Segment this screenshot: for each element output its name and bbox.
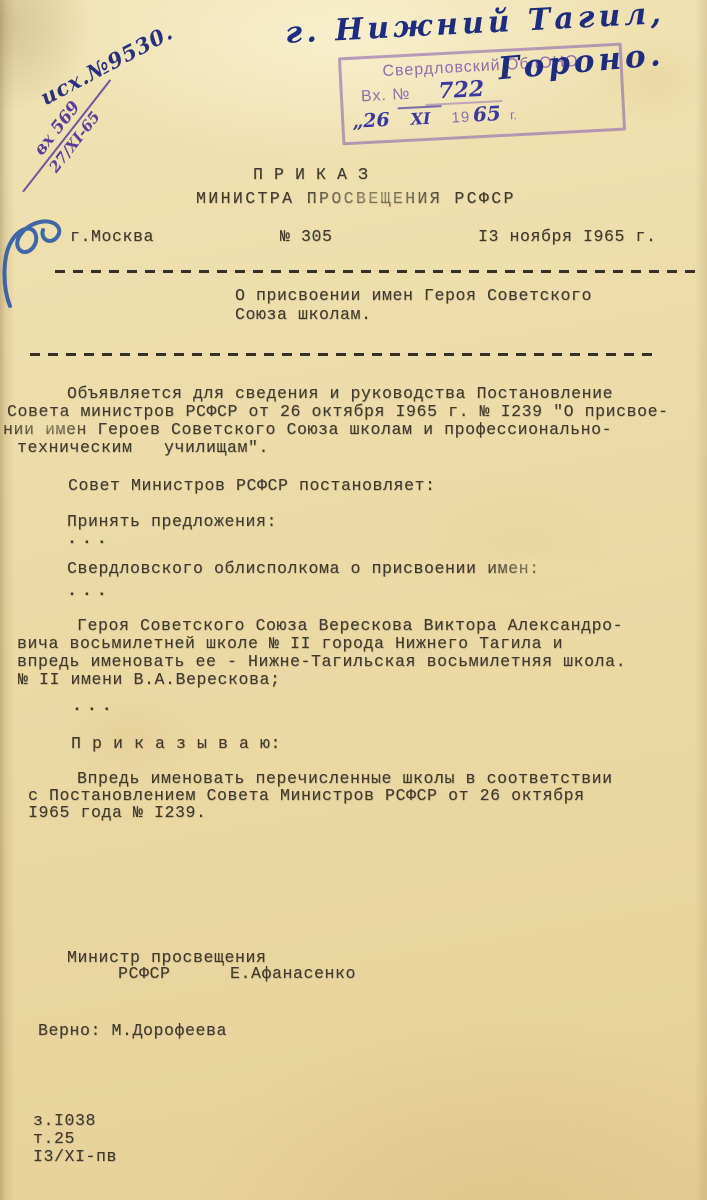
scanned-order-document: г. Нижний Тагил, Гороно. исх.№9530. вх 5… xyxy=(0,0,707,1200)
dashed-divider-top xyxy=(55,270,697,273)
order-date: I3 ноября I965 г. xyxy=(478,228,657,247)
ellipsis-line: ... xyxy=(72,697,117,716)
subject-line: О присвоении имен Героя Советского xyxy=(235,287,592,306)
order-subtitle: МИНИСТРА ПРОСВЕЩЕНИЯ РСФСР xyxy=(196,190,516,209)
stamp-year-suffix: г. xyxy=(510,107,518,122)
paper-stain xyxy=(420,480,620,600)
body-line: Свердловского облисполкома о присвоении … xyxy=(67,560,540,579)
body-line-prikazyvayu: П р и к а з ы в а ю: xyxy=(71,735,281,754)
body-line: техническим училищам". xyxy=(17,439,269,458)
handwritten-gorono-note: Гороно. xyxy=(497,37,666,87)
stamp-year-handwritten: 65 xyxy=(472,101,501,126)
ink-flourish-drawing xyxy=(0,210,101,310)
body-line: № II имени В.А.Верескова; xyxy=(18,671,281,690)
signer-name: Е.Афанасенко xyxy=(230,965,356,984)
signer-role-line: РСФСР xyxy=(118,965,171,984)
stamp-month-handwritten: XI xyxy=(398,105,443,129)
ink-flourish xyxy=(0,210,101,315)
dashed-divider-bottom xyxy=(30,353,660,356)
ellipsis-line: ... xyxy=(67,582,112,601)
order-number: № 305 xyxy=(280,228,333,247)
ellipsis-line: ... xyxy=(67,530,112,549)
stamp-entry-label: Вх. № xyxy=(361,86,411,107)
body-line: I965 года № I239. xyxy=(28,804,207,823)
stamp-year-printed: 19 xyxy=(451,108,471,126)
order-title: П Р И К А З xyxy=(253,166,369,185)
body-line: Совет Министров РСФСР постановляет: xyxy=(68,477,436,496)
footer-line: I3/XI-пв xyxy=(33,1148,117,1167)
stamp-entry-number-handwritten: 722 xyxy=(424,79,503,106)
certification-line: Верно: М.Дорофеева xyxy=(38,1022,227,1041)
stamp-day-handwritten: „26 xyxy=(352,109,390,133)
subject-line: Союза школам. xyxy=(235,306,372,325)
